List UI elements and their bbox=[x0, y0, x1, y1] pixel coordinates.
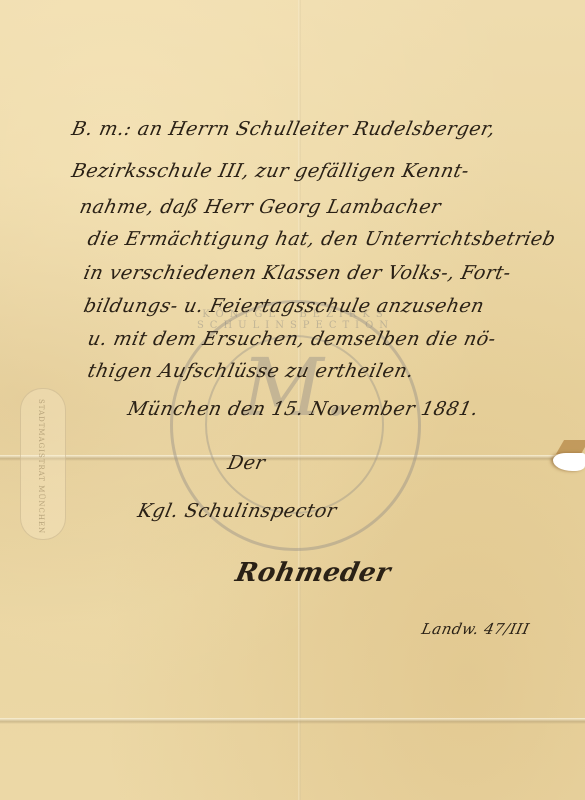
date-line: München den 15. November 1881. bbox=[126, 398, 481, 420]
body-line: in verschiedenen Klassen der Volks-, For… bbox=[82, 262, 513, 284]
body-line: B. m.: an Herrn Schulleiter Rudelsberger… bbox=[70, 118, 498, 140]
body-line: nahme, daß Herr Georg Lambacher bbox=[78, 196, 443, 218]
emboss-text: STADTMAGISTRAT MÜNCHEN bbox=[37, 399, 45, 534]
body-line: u. mit dem Ersuchen, demselben die nö- bbox=[86, 328, 498, 350]
body-line: thigen Aufschlüsse zu ertheilen. bbox=[86, 360, 416, 382]
body-line: Bezirksschule III, zur gefälligen Kennt- bbox=[70, 160, 472, 182]
seal-monogram: M. bbox=[173, 341, 418, 434]
signature: Rohmeder bbox=[233, 558, 394, 588]
horizontal-fold-crease-lower bbox=[0, 718, 585, 724]
closing-der: Der bbox=[226, 452, 268, 474]
body-line: bildungs- u. Feiertagsschule anzusehen bbox=[82, 295, 487, 317]
embossed-stamp: STADTMAGISTRAT MÜNCHEN bbox=[20, 388, 66, 540]
body-line: die Ermächtigung hat, den Unterrichtsbet… bbox=[86, 228, 558, 250]
reference-number: Landw. 47/III bbox=[420, 620, 531, 638]
closing-title: Kgl. Schulinspector bbox=[136, 500, 339, 522]
